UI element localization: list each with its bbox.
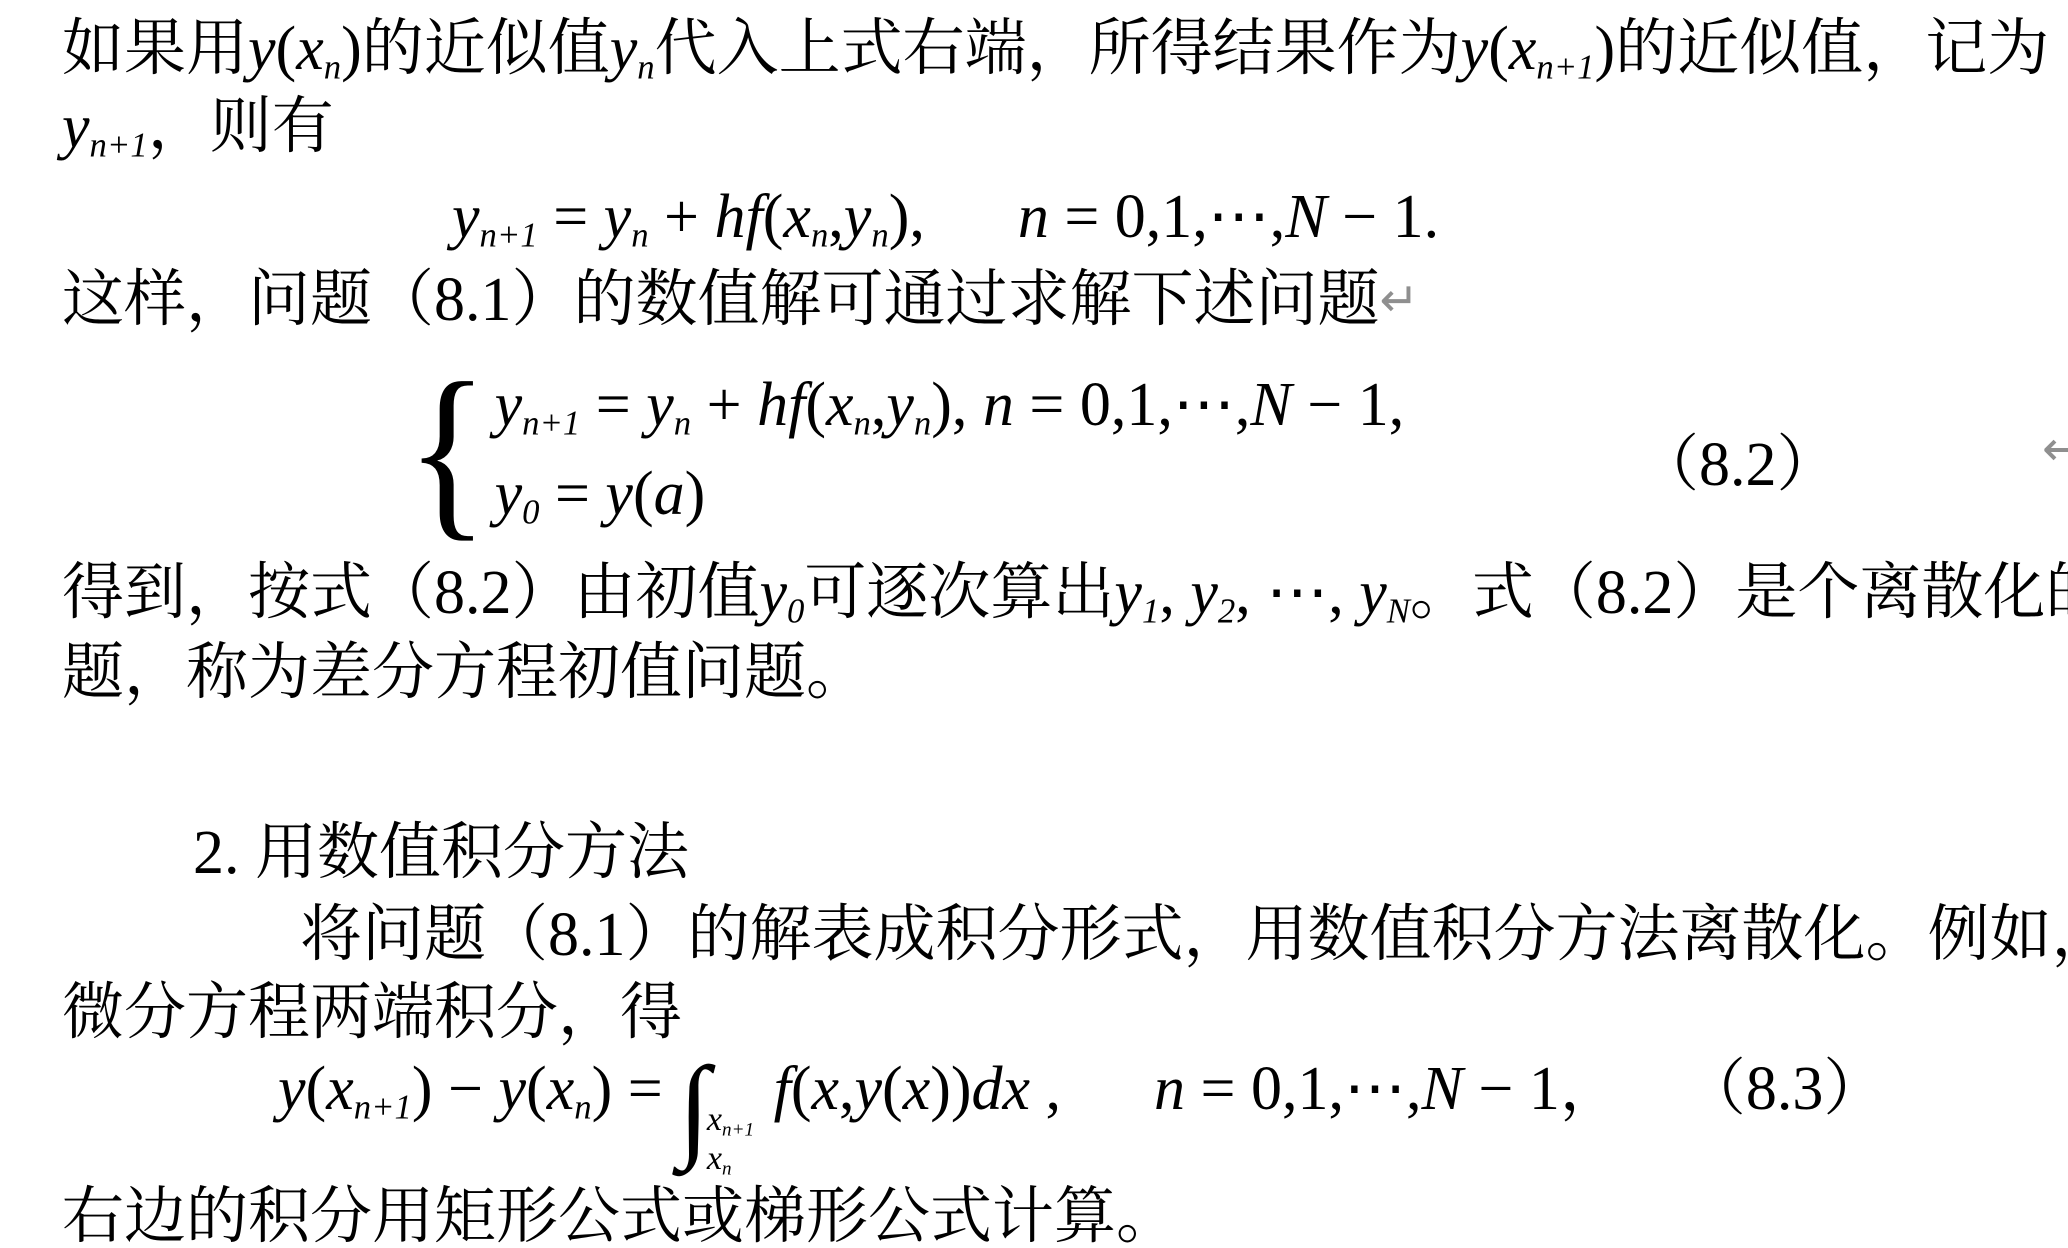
equation-8-2-line2: y0 = y(a) (495, 457, 1405, 534)
equation-8-2: { yn+1 = yn + hf(xn,yn), n = 0,1,⋯,N − 1… (406, 368, 1404, 534)
equation-8-2-label: （8.2） (1637, 428, 1839, 504)
document-page: 如果用y(xn)的近似值yn代入上式右端，所得结果作为y(xn+1)的近似值，记… (0, 0, 2068, 1248)
section-heading-2: 2. 用数值积分方法 (193, 816, 689, 892)
equation-8-2-system: yn+1 = yn + hf(xn,yn), n = 0,1,⋯,N − 1, … (495, 368, 1405, 534)
paragraph2-line2: 题，称为差分方程初值问题。 (62, 636, 868, 712)
paragraph1-line1: 如果用y(xn)的近似值yn代入上式右端，所得结果作为y(xn+1)的近似值，记… (62, 12, 2049, 89)
formula-euler-inline: yn+1 = yn + hf(xn,yn), n = 0,1,⋯,N − 1. (452, 180, 1439, 257)
return-mark-icon: ↵ (2042, 420, 2068, 479)
paragraph-lead-to-eq82: 这样，问题（8.1）的数值解可通过求解下述问题↵ (62, 263, 1419, 339)
formula-integral-8-3: y(xn+1) − y(xn) = ∫xn+1xn f(x,y(x))dx , … (278, 1052, 1885, 1179)
paragraph2-line1: 得到，按式（8.2）由初值y0可逐次算出y1, y2, ⋯, yN。式（8.2）… (62, 556, 2068, 633)
left-brace-icon: { (406, 364, 489, 537)
closing-line: 右边的积分用矩形公式或梯形公式计算。 (62, 1180, 1178, 1248)
paragraph3-line1: 将问题（8.1）的解表成积分形式，用数值积分方法离散化。例如，对 (300, 898, 2068, 974)
paragraph3-line2: 微分方程两端积分，得 (62, 976, 682, 1052)
paragraph1-line2: yn+1，则有 (62, 90, 334, 167)
equation-8-2-line1: yn+1 = yn + hf(xn,yn), n = 0,1,⋯,N − 1, (495, 368, 1405, 445)
